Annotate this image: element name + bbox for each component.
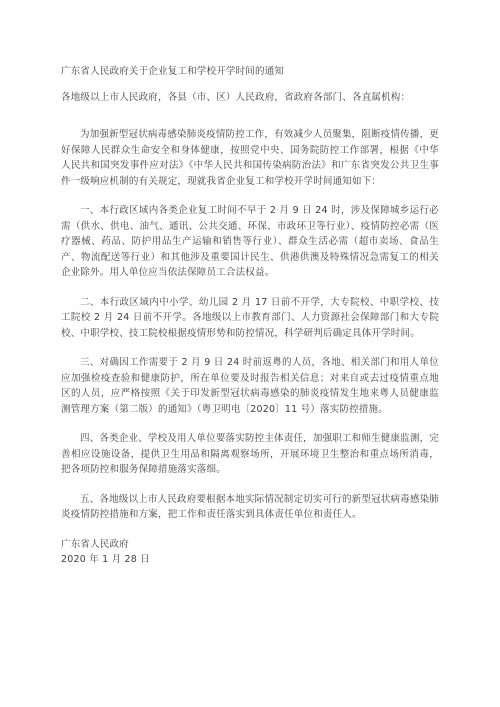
paragraph-intro: 为加强新型冠状病毒感染肺炎疫情防控工作，有效减少人员聚集，阻断疫情传播，更好保障…	[61, 127, 439, 189]
notice-article: 广东省人民政府关于企业复工和学校开学时间的通知 各地级以上市人民政府，各县（市、…	[61, 64, 439, 568]
paragraph-item-1: 一、本行政区域内各类企业复工时间不早于 2 月 9 日 24 时，涉及保障城乡运…	[61, 203, 439, 281]
document-page: 广东省人民政府关于企业复工和学校开学时间的通知 各地级以上市人民政府，各县（市、…	[0, 0, 500, 707]
paragraph-item-5: 五、各地级以上市人民政府要根据本地实际情况制定切实可行的新型冠状病毒感染肺炎疫情…	[61, 492, 439, 523]
paragraph-item-3: 三、对确因工作需要于 2 月 9 日 24 时前返粤的人员，各地、相关部门和用人…	[61, 355, 439, 417]
document-signature: 广东省人民政府	[61, 537, 439, 553]
document-date: 2020 年 1 月 28 日	[61, 552, 439, 568]
document-title: 广东省人民政府关于企业复工和学校开学时间的通知	[61, 64, 439, 80]
paragraph-item-4: 四、各类企业、学校及用人单位要落实防控主体责任，加强职工和师生健康监测，完善相应…	[61, 431, 439, 478]
paragraph-item-2: 二、本行政区域内中小学、幼儿园 2 月 17 日前不开学，大专院校、中职学校、技…	[61, 295, 439, 342]
document-salutation: 各地级以上市人民政府，各县（市、区）人民政府，省政府各部门、各直属机构：	[61, 90, 439, 106]
